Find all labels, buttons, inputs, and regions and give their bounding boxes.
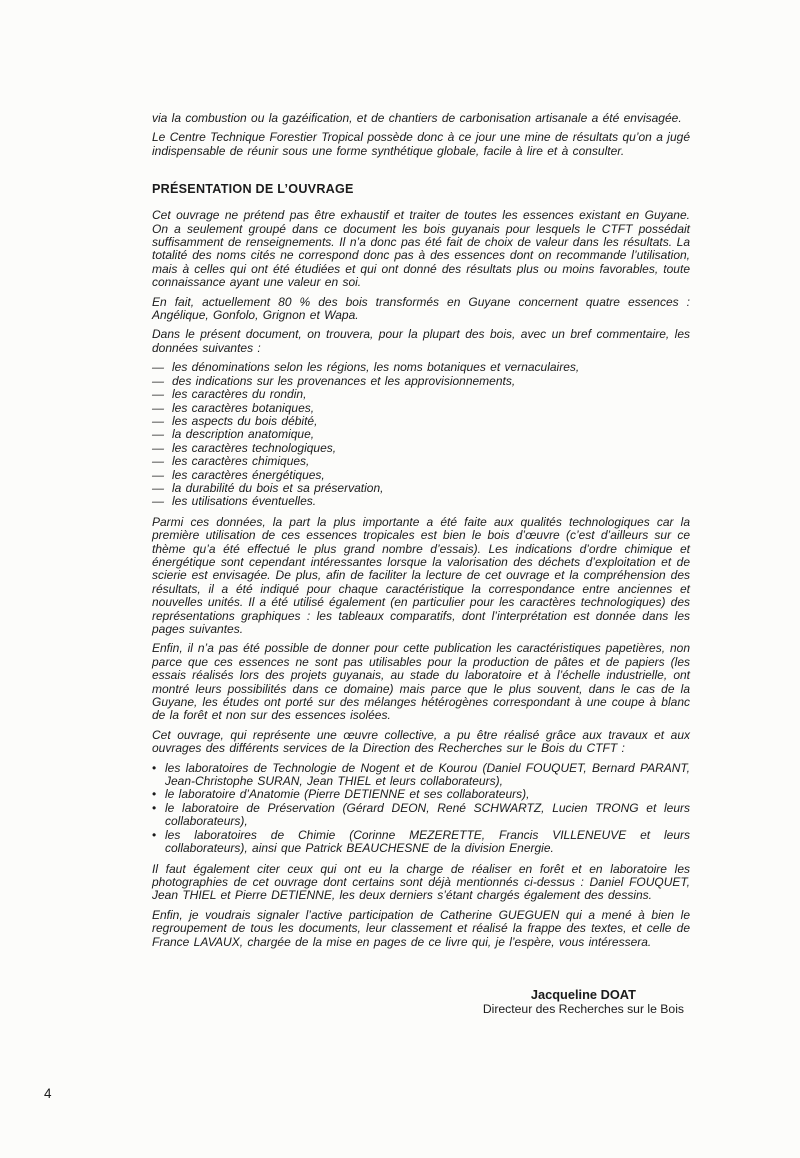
- dash-marker: —: [152, 388, 172, 401]
- list-item: — les caractères technologiques,: [152, 442, 690, 455]
- list-item-text: des indications sur les provenances et l…: [172, 375, 690, 388]
- dash-marker: —: [152, 375, 172, 388]
- section-heading: PRÉSENTATION DE L’OUVRAGE: [152, 182, 690, 196]
- credits-list: • les laboratoires de Technologie de Nog…: [152, 762, 690, 856]
- list-item: — les aspects du bois débité,: [152, 415, 690, 428]
- list-item: — les utilisations éventuelles.: [152, 495, 690, 508]
- list-item: — les caractères énergétiques,: [152, 469, 690, 482]
- paragraph-gueguen-lavaux: Enfin, je voudrais signaler l’active par…: [152, 909, 690, 949]
- dash-marker: —: [152, 455, 172, 468]
- list-item: — la durabilité du bois et sa préservati…: [152, 482, 690, 495]
- list-item-text: les dénominations selon les régions, les…: [172, 361, 690, 374]
- dash-marker: —: [152, 415, 172, 428]
- list-item: — les dénominations selon les régions, l…: [152, 361, 690, 374]
- paragraph-combustion: via la combustion ou la gazéification, e…: [152, 112, 690, 125]
- list-item-text: les caractères botaniques,: [172, 402, 690, 415]
- list-item-text: le laboratoire d’Anatomie (Pierre DETIEN…: [165, 788, 690, 801]
- list-item-text: la durabilité du bois et sa préservation…: [172, 482, 690, 495]
- paragraph-papetieres: Enfin, il n’a pas été possible de donner…: [152, 642, 690, 722]
- list-item-text: la description anatomique,: [172, 428, 690, 441]
- paragraph-quatre-essences: En fait, actuellement 80 % des bois tran…: [152, 296, 690, 323]
- list-item-text: les caractères technologiques,: [172, 442, 690, 455]
- list-item: • les laboratoires de Chimie (Corinne ME…: [152, 829, 690, 856]
- list-item: — les caractères chimiques,: [152, 455, 690, 468]
- list-item: • les laboratoires de Technologie de Nog…: [152, 762, 690, 789]
- dash-marker: —: [152, 428, 172, 441]
- list-item: • le laboratoire d’Anatomie (Pierre DETI…: [152, 788, 690, 801]
- paragraph-photographies: Il faut également citer ceux qui ont eu …: [152, 863, 690, 903]
- list-item: — les caractères du rondin,: [152, 388, 690, 401]
- list-item-text: les caractères énergétiques,: [172, 469, 690, 482]
- signature-name: Jacqueline DOAT: [483, 987, 684, 1002]
- dash-marker: —: [152, 495, 172, 508]
- dash-marker: —: [152, 402, 172, 415]
- bullet-marker: •: [152, 788, 165, 801]
- list-item-text: les laboratoires de Technologie de Nogen…: [165, 762, 690, 789]
- text-column: via la combustion ou la gazéification, e…: [152, 112, 690, 1017]
- data-items-list: — les dénominations selon les régions, l…: [152, 361, 690, 508]
- list-item-text: les aspects du bois débité,: [172, 415, 690, 428]
- bullet-marker: •: [152, 762, 165, 789]
- paragraph-exhaustif: Cet ouvrage ne prétend pas être exhausti…: [152, 209, 690, 289]
- paragraph-qualites-technologiques: Parmi ces données, la part la plus impor…: [152, 516, 690, 637]
- signature-title: Directeur des Recherches sur le Bois: [483, 1002, 684, 1017]
- page-number: 4: [44, 1086, 52, 1101]
- dash-marker: —: [152, 469, 172, 482]
- list-item-text: les utilisations éventuelles.: [172, 495, 690, 508]
- document-page: via la combustion ou la gazéification, e…: [0, 0, 800, 1158]
- dash-marker: —: [152, 361, 172, 374]
- bullet-marker: •: [152, 802, 165, 829]
- list-item: • le laboratoire de Préservation (Gérard…: [152, 802, 690, 829]
- list-item-text: les caractères du rondin,: [172, 388, 690, 401]
- list-item-text: le laboratoire de Préservation (Gérard D…: [165, 802, 690, 829]
- dash-marker: —: [152, 482, 172, 495]
- paragraph-oeuvre-collective: Cet ouvrage, qui représente une œuvre co…: [152, 729, 690, 756]
- list-item: — les caractères botaniques,: [152, 402, 690, 415]
- paragraph-donnees-suivantes: Dans le présent document, on trouvera, p…: [152, 328, 690, 355]
- list-item: — la description anatomique,: [152, 428, 690, 441]
- signature-block: Jacqueline DOAT Directeur des Recherches…: [483, 987, 684, 1017]
- list-item: — des indications sur les provenances et…: [152, 375, 690, 388]
- dash-marker: —: [152, 442, 172, 455]
- bullet-marker: •: [152, 829, 165, 856]
- paragraph-ctft-resultats: Le Centre Technique Forestier Tropical p…: [152, 131, 690, 158]
- list-item-text: les laboratoires de Chimie (Corinne MEZE…: [165, 829, 690, 856]
- list-item-text: les caractères chimiques,: [172, 455, 690, 468]
